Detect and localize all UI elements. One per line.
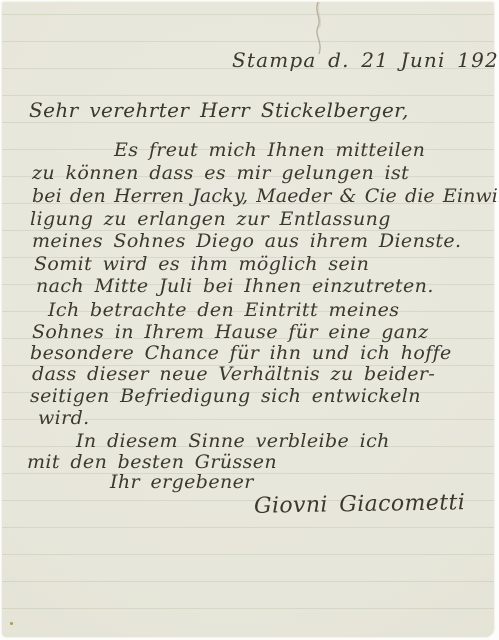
body-line: seitigen Befriedigung sich entwickeln (30, 386, 421, 407)
body-line: Ich betrachte den Eintritt meines (48, 300, 399, 321)
dateline: Stampa d. 21 Juni 1921 (232, 49, 499, 71)
body-line: dass dieser neue Verhältnis zu beider- (32, 364, 435, 385)
body-line: Es freut mich Ihnen mitteilen (114, 140, 425, 161)
closing-line: In diesem Sinne verbleibe ich (76, 431, 390, 452)
salutation: Sehr verehrter Herr Stickelberger, (29, 99, 409, 121)
body-line: meines Sohnes Diego aus ihrem Dienste. (32, 231, 461, 252)
closing-line: Ihr ergebener (110, 472, 254, 493)
body-line: besondere Chance für ihn und ich hoffe (30, 343, 452, 364)
body-line: wird. (38, 408, 90, 429)
letter-scan: Stampa d. 21 Juni 1921 Sehr verehrter He… (0, 0, 499, 640)
body-line: ligung zu erlangen zur Entlassung (30, 209, 391, 230)
letter-page: Stampa d. 21 Juni 1921 Sehr verehrter He… (2, 2, 494, 637)
paper-speck (10, 622, 13, 625)
body-line: Somit wird es ihm möglich sein (34, 254, 369, 275)
signature: Giovni Giacometti (254, 491, 466, 519)
closing-line: mit den besten Grüssen (27, 452, 277, 473)
body-line: zu können dass es mir gelungen ist (32, 163, 409, 184)
body-line: bei den Herren Jacky, Maeder & Cie die E… (32, 186, 499, 207)
body-line: nach Mitte Juli bei Ihnen einzutreten. (36, 276, 434, 297)
body-line: Sohnes in Ihrem Hause für eine ganz (32, 322, 429, 343)
